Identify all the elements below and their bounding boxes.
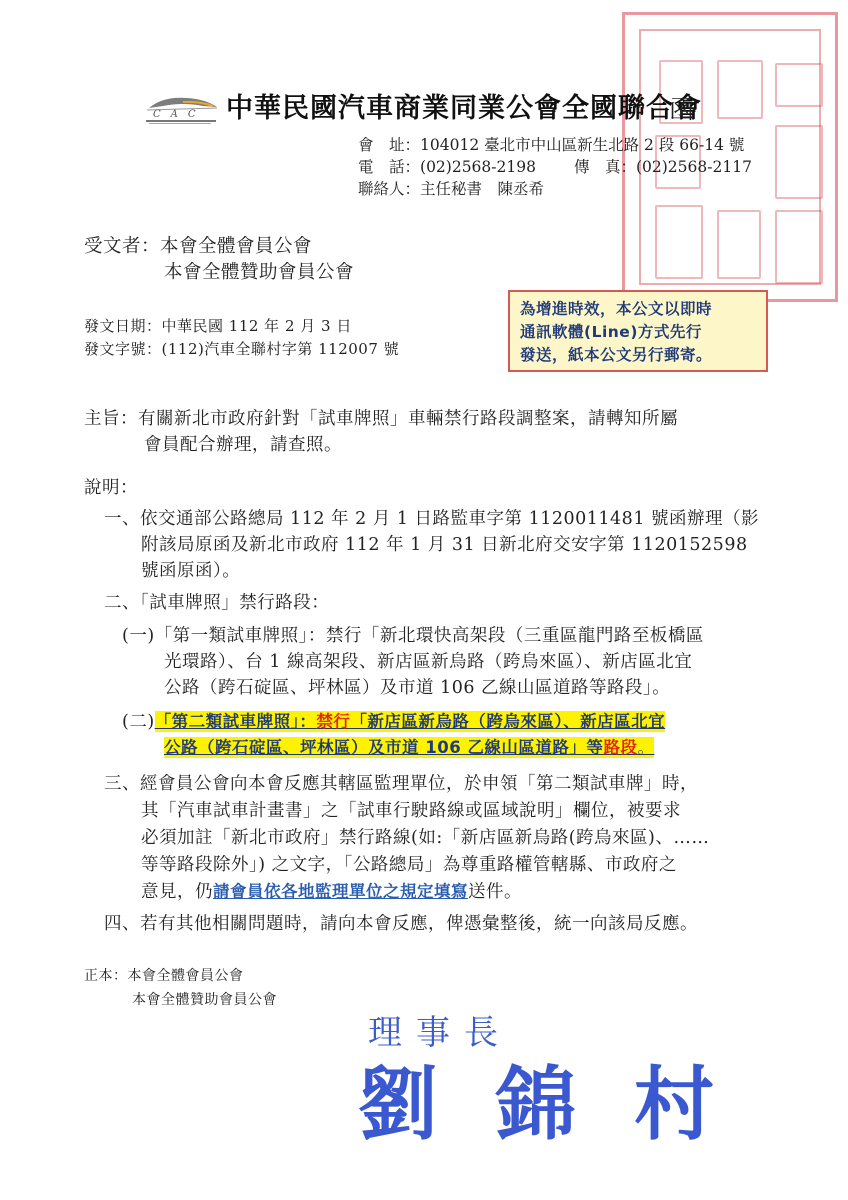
- item-1-line-1: 依交通部公路總局 112 年 2 月 1 日路監車字第 1120011481 號…: [140, 509, 759, 529]
- item-marker: 三、: [104, 774, 140, 794]
- recipient-2: 本會全體贊助會員公會: [164, 258, 354, 284]
- sub-1-line-2: 光環路）、台 1 線高架段、新店區新烏路（跨烏來區）、新店區北宜: [164, 648, 692, 673]
- item-3-line-3: 必須加註「新北市政府」禁行路線(如:「新店區新烏路(跨烏來區)、……: [141, 824, 709, 849]
- sub-1-line-3: 公路（跨石碇區、坪林區）及市道 106 乙線山區道路等路段」。: [164, 674, 670, 699]
- address-row: 會 址：104012 臺北市中山區新生北路 2 段 66-14 號: [358, 134, 752, 156]
- issue-date-value: 中華民國 112 年 2 月 3 日: [162, 317, 352, 335]
- item-3-line-5: 意見，仍請會員依各地監理單位之規定填寫送件。: [141, 878, 522, 903]
- item-4-line-1: 若有其他相關問題時，請向本會反應，俾憑彙整後，統一向該局反應。: [140, 914, 698, 934]
- fax-value: (02)2568-2117: [636, 158, 752, 176]
- restricted-roads-cont: 公路（跨石碇區、坪林區）及市道 106 乙線山區道路」等: [164, 738, 603, 757]
- notice-line: 通訊軟體(Line)方式先行: [520, 321, 756, 344]
- subject-row: 主旨：有關新北市政府針對「試車牌照」車輛禁行路段調整案，請轉知所屬: [84, 405, 678, 430]
- issue-number-label: 發文字號：: [84, 340, 162, 358]
- organization-name: 中華民國汽車商業同業公會全國聯合會: [226, 86, 702, 125]
- fax-label: 傳 真：: [574, 158, 636, 176]
- subject-label: 主旨：: [84, 409, 138, 429]
- seal-glyph: [775, 210, 823, 284]
- road-section-keyword: 路段: [603, 738, 637, 757]
- restricted-roads: 「新店區新烏路（跨烏來區）、新店區北宜: [350, 712, 665, 731]
- item-3-line-1: 經會員公會向本會反應其轄區監理單位，於申領「第二類試車牌」時，: [140, 774, 698, 794]
- highlight-segment: 「第二類試車牌照」：禁行「新店區新烏路（跨烏來區）、新店區北宜: [155, 711, 666, 732]
- contact-label: 聯絡人：: [358, 180, 420, 198]
- emphasized-instruction: 請會員依各地監理單位之規定填寫: [213, 882, 468, 901]
- subject-line-1: 有關新北市政府針對「試車牌照」車輛禁行路段調整案，請轉知所屬: [138, 409, 678, 429]
- issue-date-row: 發文日期：中華民國 112 年 2 月 3 日: [84, 315, 352, 336]
- highlight-segment: 公路（跨石碇區、坪林區）及市道 106 乙線山區道路」等路段。: [164, 737, 654, 758]
- item-1-line-3: 號函原函）。: [141, 557, 240, 582]
- seal-glyph: [717, 210, 761, 279]
- line-delivery-notice: 為增進時效，本公文以即時 通訊軟體(Line)方式先行 發送，紙本公文另行郵寄。: [508, 290, 768, 372]
- recipient-label: 受文者：: [84, 236, 160, 257]
- copies-2: 本會全體贊助會員公會: [132, 989, 277, 1009]
- recipient-row: 受文者：本會全體會員公會: [84, 232, 312, 258]
- item-marker: 四、: [104, 914, 140, 934]
- item-marker: 二、: [104, 593, 140, 613]
- item-3-line-2: 其「汽車試車計畫書」之「試車行駛路線或區域說明」欄位，被要求: [141, 797, 681, 822]
- issue-date-label: 發文日期：: [84, 317, 162, 335]
- chairman-signature: 劉錦村: [358, 1040, 772, 1155]
- copies-1: 本會全體會員公會: [128, 968, 244, 984]
- period: 。: [637, 738, 654, 757]
- item-3-line-4: 等等路段除外」) 之文字，「公路總局」為尊重路權管轄縣、市政府之: [141, 851, 677, 876]
- phone-value: (02)2568-2198: [420, 158, 536, 176]
- license-class-2: 「第二類試車牌照」：: [155, 712, 317, 731]
- address-label: 會 址：: [358, 136, 420, 154]
- contact-value: 主任秘書 陳丞希: [420, 180, 544, 198]
- sub-marker: (一): [122, 626, 155, 646]
- contact-block: 會 址：104012 臺北市中山區新生北路 2 段 66-14 號 電 話：(0…: [358, 134, 752, 200]
- copies-row: 正本：本會全體會員公會: [84, 965, 244, 985]
- contact-person-row: 聯絡人：主任秘書 陳丞希: [358, 178, 752, 200]
- address-value: 104012 臺北市中山區新生北路 2 段 66-14 號: [420, 136, 744, 154]
- seal-glyph: [717, 60, 763, 119]
- explanation-item-3: 三、經會員公會向本會反應其轄區監理單位，於申領「第二類試車牌」時，: [104, 770, 698, 795]
- phone-label: 電 話：: [358, 158, 420, 176]
- subject-line-2: 會員配合辦理，請查照。: [144, 431, 342, 456]
- explanation-item-4: 四、若有其他相關問題時，請向本會反應，俾憑彙整後，統一向該局反應。: [104, 910, 698, 935]
- svg-text:CAC: CAC: [153, 109, 206, 120]
- item-3-text-end: 送件。: [468, 882, 522, 902]
- sub-item-1: (一)「第一類試車牌照」：禁行「新北環快高架段（三重區龍門路至板橋區: [122, 622, 704, 647]
- sub-item-2-highlighted: (二)「第二類試車牌照」：禁行「新店區新烏路（跨烏來區）、新店區北宜: [122, 708, 665, 733]
- phone-row: 電 話：(02)2568-2198傳 真：(02)2568-2117: [358, 156, 752, 178]
- document-type: 函: [669, 90, 694, 126]
- sub-1-line-1: 「第一類試車牌照」：禁行「新北環快高架段（三重區龍門路至板橋區: [155, 626, 704, 646]
- item-3-text: 意見，仍: [141, 882, 213, 902]
- issue-number-row: 發文字號：(112)汽車全聯村字第 112007 號: [84, 338, 399, 359]
- issue-number-value: (112)汽車全聯村字第 112007 號: [162, 340, 400, 358]
- seal-glyph: [655, 205, 703, 279]
- explanation-label: 說明：: [84, 474, 138, 499]
- item-marker: 一、: [104, 509, 140, 529]
- prohibited-keyword: 禁行: [316, 712, 350, 731]
- item-2-heading: 「試車牌照」禁行路段：: [140, 593, 329, 613]
- cac-logo: CAC: [143, 92, 221, 126]
- seal-glyph: [775, 125, 823, 199]
- recipient-1: 本會全體會員公會: [160, 236, 312, 257]
- explanation-item-1: 一、依交通部公路總局 112 年 2 月 1 日路監車字第 1120011481…: [104, 505, 759, 530]
- item-1-line-2: 附該局原函及新北市政府 112 年 1 月 31 日新北府交安字第 112015…: [141, 531, 748, 556]
- explanation-item-2: 二、「試車牌照」禁行路段：: [104, 589, 329, 614]
- notice-line: 發送，紙本公文另行郵寄。: [520, 344, 756, 367]
- notice-line: 為增進時效，本公文以即時: [520, 298, 756, 321]
- seal-glyph: [775, 63, 823, 107]
- copies-label: 正本：: [84, 968, 128, 984]
- sub-marker: (二): [122, 712, 155, 732]
- sub-2-line-2: 公路（跨石碇區、坪林區）及市道 106 乙線山區道路」等路段。: [164, 734, 654, 758]
